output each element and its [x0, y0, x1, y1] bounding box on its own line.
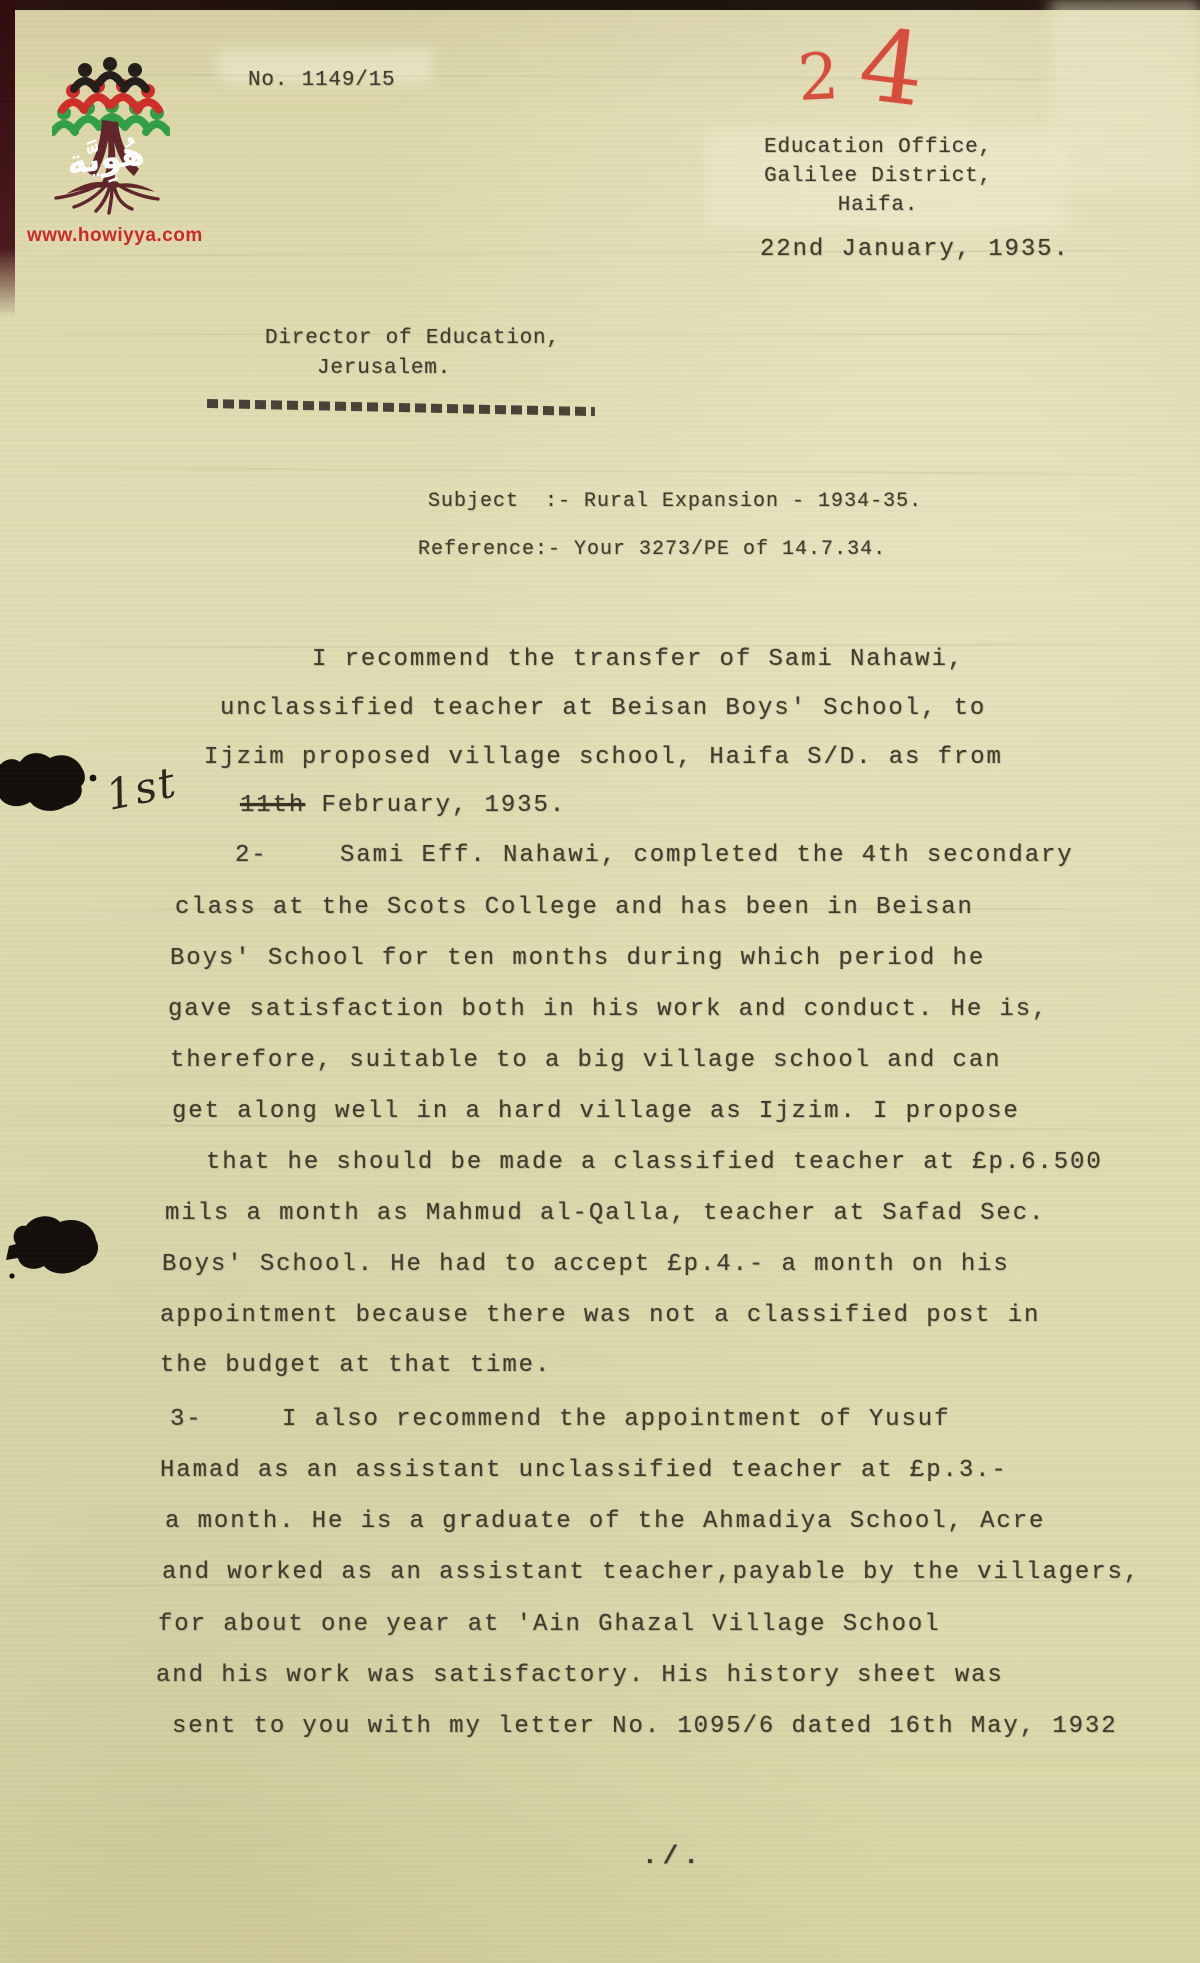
reference-line: Reference:- Your 3273/PE of 14.7.34.: [418, 540, 886, 560]
addressee-underline-dashes: [207, 399, 595, 416]
howiyya-logo: هُوِيَّة: [52, 56, 170, 218]
continuation-mark: ./.: [642, 1843, 704, 1869]
ink-blot: [0, 748, 100, 820]
body-line-with-strikethrough: 11th February, 1935.: [240, 794, 566, 818]
folio-number-digit: 4: [854, 14, 929, 121]
body-line: that he should be made a classified teac…: [206, 1151, 1103, 1175]
paragraph-number: 2-: [235, 844, 268, 868]
paragraph-number: 3-: [170, 1408, 203, 1432]
scan-left-edge: [0, 0, 15, 318]
body-line-rest: February, 1935.: [305, 792, 566, 819]
body-line: sent to you with my letter No. 1095/6 da…: [172, 1715, 1118, 1739]
body-line: the budget at that time.: [160, 1354, 551, 1378]
paper-crease: [0, 73, 1200, 81]
addressee-line: Jerusalem.: [317, 358, 451, 379]
body-line: unclassified teacher at Beisan Boys' Sch…: [220, 697, 986, 721]
body-line: I recommend the transfer of Sami Nahawi,: [312, 648, 964, 672]
body-line: and his work was satisfactory. His histo…: [156, 1664, 1004, 1688]
body-line: Boys' School. He had to accept £p.4.- a …: [162, 1253, 1010, 1277]
body-line: for about one year at 'Ain Ghazal Villag…: [158, 1613, 941, 1637]
body-line: appointment because there was not a clas…: [160, 1304, 1040, 1328]
letterhead-office-line: Education Office,: [700, 137, 1056, 158]
struck-text: 11th: [240, 792, 305, 819]
body-line: Sami Eff. Nahawi, completed the 4th seco…: [340, 844, 1074, 868]
body-line: get along well in a hard village as Ijzi…: [172, 1100, 1020, 1124]
paper-crease: [0, 466, 1200, 475]
letter-date: 22nd January, 1935.: [760, 238, 1070, 262]
subject-line: Subject :- Rural Expansion - 1934-35.: [428, 492, 922, 512]
scan-top-edge: [0, 0, 1200, 10]
body-line: gave satisfaction both in his work and c…: [168, 998, 1048, 1022]
body-line: I also recommend the appointment of Yusu…: [282, 1408, 950, 1432]
body-line: Ijzim proposed village school, Haifa S/D…: [204, 746, 1003, 770]
handwritten-correction: 1st: [102, 757, 182, 820]
paper-crease: [0, 333, 1200, 335]
letterhead-office-line: Galilee District,: [700, 166, 1056, 187]
body-line: therefore, suitable to a big village sch…: [170, 1049, 1001, 1073]
body-line: a month. He is a graduate of the Ahmadiy…: [165, 1510, 1045, 1534]
letterhead-office-block: Education Office, Galilee District, Haif…: [700, 137, 1056, 224]
light-patch: [1050, 0, 1200, 190]
tree-of-people-icon: هُوِيَّة: [52, 56, 170, 218]
body-line: Boys' School for ten months during which…: [170, 947, 985, 971]
letterhead-office-line: Haifa.: [700, 195, 1056, 216]
ink-blot: [4, 1214, 106, 1292]
body-line: and worked as an assistant teacher,payab…: [162, 1561, 1140, 1585]
body-line: Hamad as an assistant unclassified teach…: [160, 1459, 1008, 1483]
watermark-site-url: www.howiyya.com: [27, 225, 203, 247]
addressee-line: Director of Education,: [265, 328, 560, 349]
scanned-letter-page: هُوِيَّة www.howiyya.com 2 4 No. 1149/15…: [0, 0, 1200, 1963]
black-people-row: [74, 58, 146, 90]
letter-ref-number: No. 1149/15: [248, 70, 395, 91]
body-line: class at the Scots College and has been …: [175, 896, 974, 920]
body-line: mils a month as Mahmud al-Qalla, teacher…: [165, 1202, 1045, 1226]
folio-number-digit: 2: [796, 45, 840, 111]
